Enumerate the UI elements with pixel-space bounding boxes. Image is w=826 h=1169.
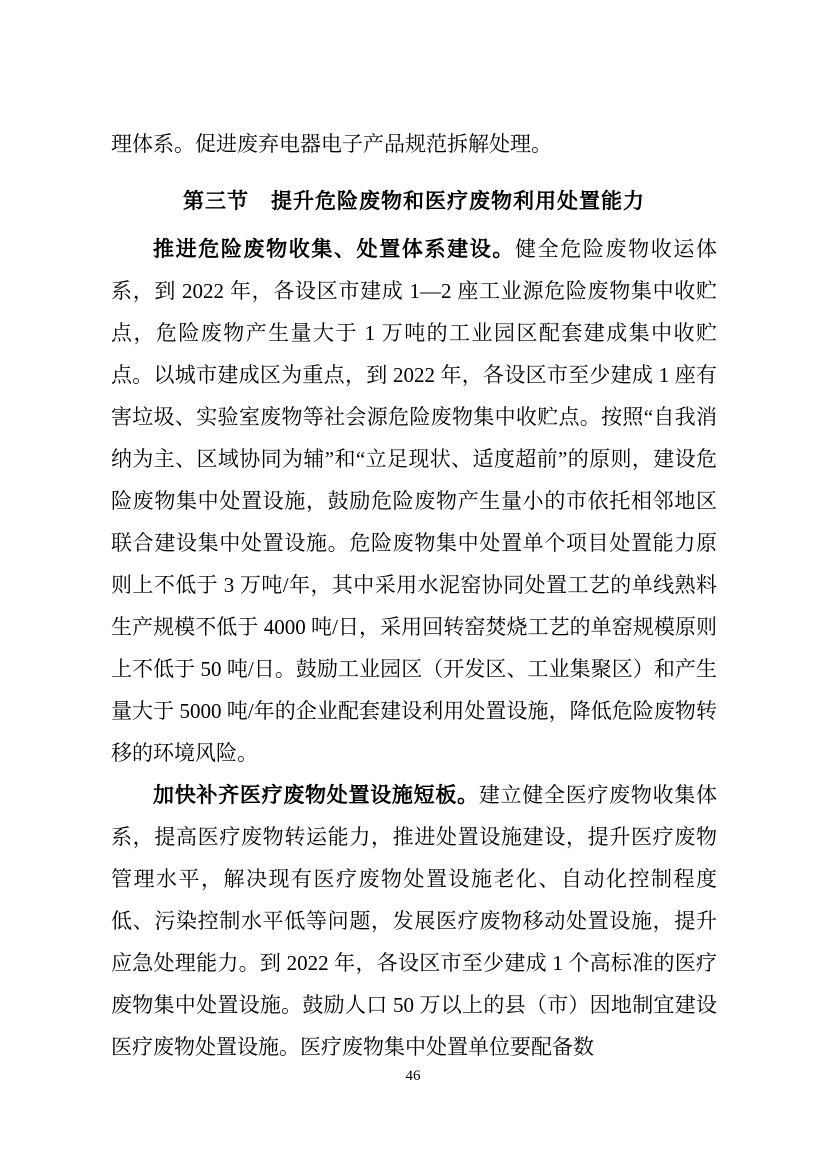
section-heading: 第三节 提升危险废物和医疗废物利用处置能力 [111, 180, 717, 222]
paragraph-hazardous-waste: 推进危险废物收集、处置体系建设。健全危险废物收运体系，到 2022 年，各设区市… [111, 228, 717, 774]
continuation-line: 理体系。促进废弃电器电子产品规范拆解处理。 [111, 123, 717, 165]
page-content: 理体系。促进废弃电器电子产品规范拆解处理。 第三节 提升危险废物和医疗废物利用处… [111, 123, 717, 1068]
paragraph-medical-waste-body: 建立健全医疗废物收集体系，提高医疗废物转运能力，推进处置设施建设，提升医疗废物管… [111, 783, 717, 1059]
paragraph-medical-waste: 加快补齐医疗废物处置设施短板。建立健全医疗废物收集体系，提高医疗废物转运能力，推… [111, 774, 717, 1068]
paragraph-medical-waste-lead: 加快补齐医疗废物处置设施短板。 [153, 783, 479, 807]
page-number: 46 [0, 1066, 826, 1086]
paragraph-hazardous-waste-lead: 推进危险废物收集、处置体系建设。 [153, 237, 515, 261]
document-page: 理体系。促进废弃电器电子产品规范拆解处理。 第三节 提升危险废物和医疗废物利用处… [0, 0, 826, 1169]
paragraph-hazardous-waste-body: 健全危险废物收运体系，到 2022 年，各设区市建成 1—2 座工业源危险废物集… [111, 237, 717, 765]
